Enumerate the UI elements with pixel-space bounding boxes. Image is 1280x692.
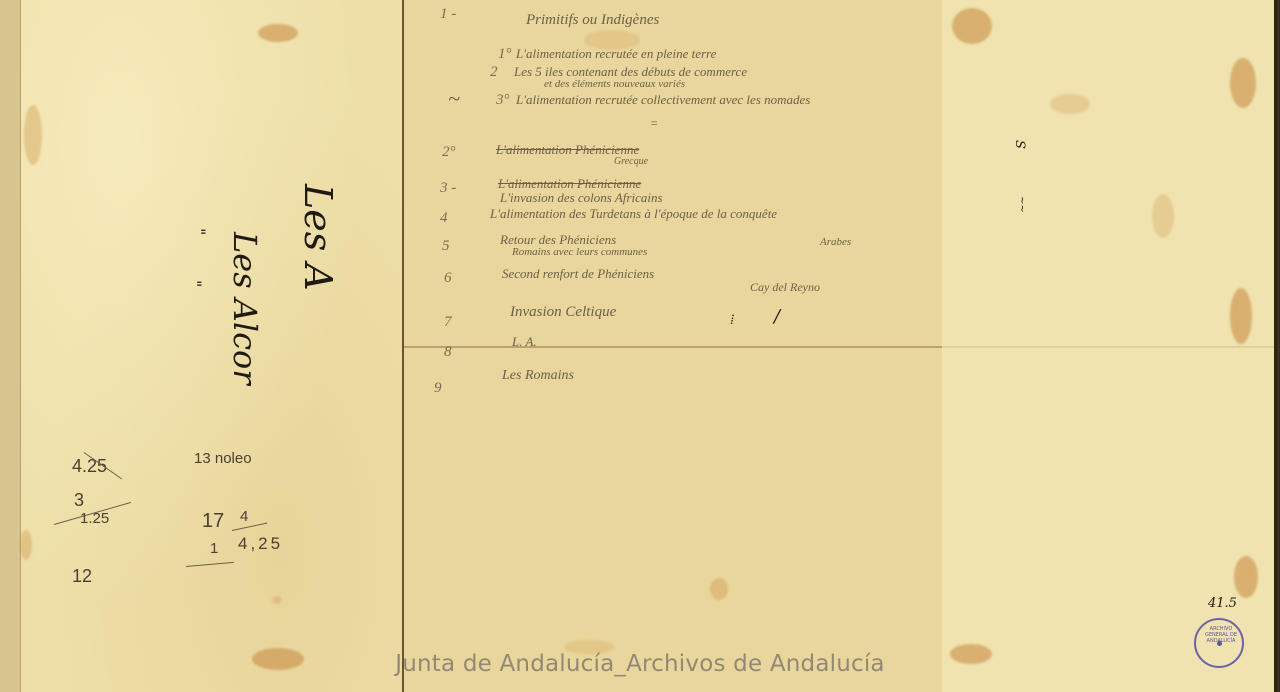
- side-mark: S: [1012, 140, 1027, 149]
- side-mark: ~~: [1016, 196, 1027, 213]
- watermark: Junta de Andalucía_Archivos de Andalucía: [0, 651, 1280, 677]
- bottom-number: 12: [72, 566, 92, 587]
- stain: [20, 530, 32, 560]
- stain: [1234, 556, 1258, 598]
- right-panel: S ~~ 41.5: [942, 0, 1277, 692]
- stain: [1152, 194, 1174, 238]
- stain: [710, 578, 728, 600]
- ink-stroke: /: [774, 306, 780, 327]
- calc-a-top: 4.25: [72, 456, 107, 477]
- calc-a-result: 1.25: [80, 510, 109, 527]
- stain: [1230, 288, 1252, 344]
- stamp-text: ARCHIVO GENERAL DE ANDALUCÍA: [1204, 626, 1238, 644]
- stain: [272, 596, 282, 604]
- title-line-1: Les A: [296, 184, 340, 291]
- calc-b-quotient: 4,25: [238, 534, 283, 554]
- fold-line: [404, 346, 944, 348]
- pencil-stroke: [186, 562, 234, 567]
- stain: [24, 105, 42, 165]
- left-panel: Les A Les Alcor " " 4.25 3 1.25 13 noleo…: [0, 0, 402, 692]
- margin-mark: 1 -: [440, 6, 456, 23]
- division-bracket: [232, 523, 267, 531]
- stain: [1050, 94, 1090, 114]
- calc-b-label: 13 noleo: [194, 450, 252, 467]
- ink-blot: ⁞: [730, 312, 735, 329]
- list-heading: Primitifs ou Indigènes: [526, 12, 659, 29]
- folio-number: 41.5: [1208, 596, 1237, 611]
- stain: [952, 8, 992, 44]
- stain: [1230, 58, 1256, 108]
- calc-b-divisor: 4: [240, 508, 248, 525]
- calc-a-mid: 3: [74, 490, 84, 511]
- left-edge-strip: [0, 0, 21, 692]
- calc-b-remainder: 1: [210, 540, 218, 557]
- middle-panel: 1 - Primitifs ou Indigènes 1° L'alimenta…: [402, 0, 946, 692]
- ditto-mark: ": [186, 280, 205, 287]
- stain: [258, 24, 298, 42]
- calc-b-dividend: 17: [202, 510, 224, 533]
- fold-line: [942, 346, 1274, 348]
- separator-mark: =: [650, 116, 658, 131]
- title-line-2: Les Alcor: [226, 232, 264, 385]
- ditto-mark: ": [190, 228, 209, 235]
- squiggle-mark: ~: [448, 86, 460, 112]
